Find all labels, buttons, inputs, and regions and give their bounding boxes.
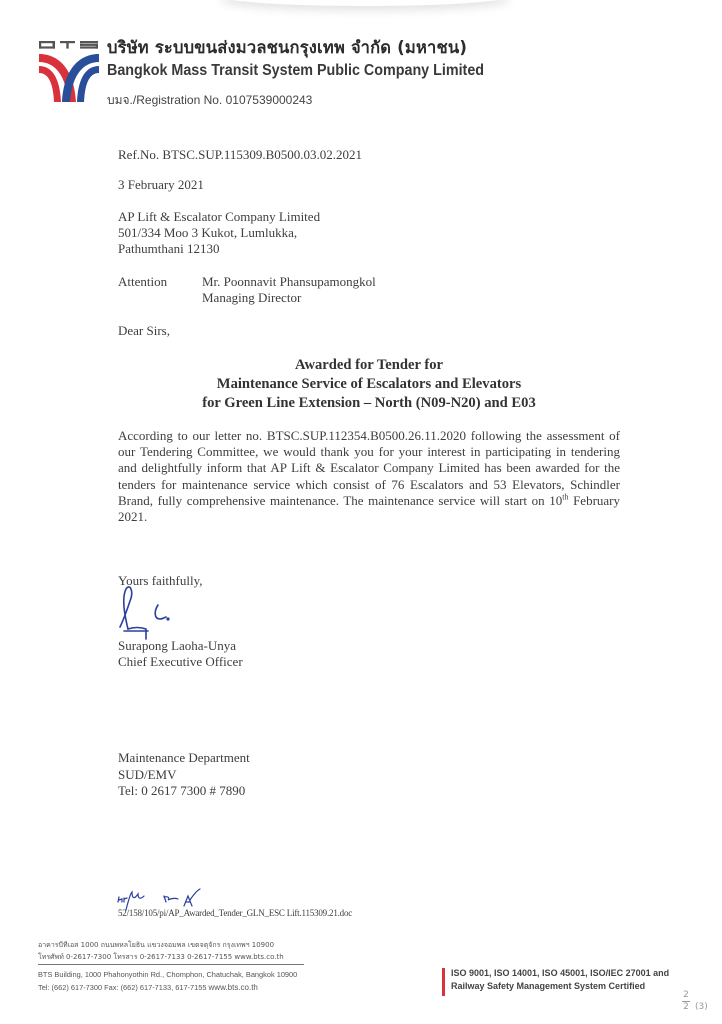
letter-date: 3 February 2021 [118,177,204,193]
letter-body: According to our letter no. BTSC.SUP.112… [118,428,620,525]
subject-line: Awarded for Tender for [118,356,620,375]
page-fraction: 2 2 [682,990,690,1013]
salutation: Dear Sirs, [118,323,170,339]
body-text: According to our letter no. BTSC.SUP.112… [118,428,620,508]
signer-title: Chief Executive Officer [118,654,243,670]
letter-subject: Awarded for Tender for Maintenance Servi… [118,356,620,413]
page-annotation: 2 2 (3) [682,990,708,1013]
certification-line: ISO 9001, ISO 14001, ISO 45001, ISO/IEC … [451,967,669,980]
viewer-shadow [220,0,510,6]
thai-contact: โทรศัพท์ 0-2617-7300 โทรสาร 0-2617-7133 … [38,951,284,963]
recipient-line: Pathumthani 12130 [118,241,320,257]
signer-name: Surapong Laoha-Unya [118,638,236,654]
page-numerator: 2 [682,990,690,1001]
attention-recipient: Mr. Poonnavit Phansupamongkol Managing D… [202,274,376,306]
signature-icon [118,583,188,641]
subject-line: for Green Line Extension – North (N09-N2… [118,394,620,413]
recipient-line: AP Lift & Escalator Company Limited [118,209,320,225]
subject-line: Maintenance Service of Escalators and El… [118,375,620,394]
footer-english-address: BTS Building, 1000 Phahonyothin Rd., Cho… [38,968,297,994]
footer-divider [38,964,304,965]
thai-address: อาคารบีทีเอส 1000 ถนนพหลโยธิน แขวงจอมพล … [38,939,284,951]
attention-title: Managing Director [202,290,376,306]
page-denominator: 2 [682,1002,690,1013]
file-reference: 52/158/105/pi/AP_Awarded_Tender_GLN_ESC … [118,908,352,919]
department-contact: Maintenance Department SUD/EMV Tel: 0 26… [118,750,250,800]
recipient-line: 501/334 Moo 3 Kukot, Lumlukka, [118,225,320,241]
circled-page-number: (3) [695,1002,708,1013]
english-address: BTS Building, 1000 Phahonyothin Rd., Cho… [38,968,297,981]
registration-number: บมจ./Registration No. 0107539000243 [107,91,312,110]
certification-text: ISO 9001, ISO 14001, ISO 45001, ISO/IEC … [451,967,669,993]
recipient-address: AP Lift & Escalator Company Limited 501/… [118,209,320,257]
contact-numbers: Tel: (662) 617-7300 Fax: (662) 617-7133,… [38,983,206,992]
department-line: Tel: 0 2617 7300 # 7890 [118,783,250,800]
certification-line: Railway Safety Management System Certifi… [451,980,669,993]
reference-number: Ref.No. BTSC.SUP.115309.B0500.03.02.2021 [118,147,362,163]
english-contact: Tel: (662) 617-7300 Fax: (662) 617-7133,… [38,981,297,994]
certification-accent-bar [442,968,445,996]
website-link[interactable]: www.bts.co.th [209,983,258,992]
department-line: SUD/EMV [118,767,250,784]
department-line: Maintenance Department [118,750,250,767]
footer-thai-address: อาคารบีทีเอส 1000 ถนนพหลโยธิน แขวงจอมพล … [38,939,284,963]
attention-name: Mr. Poonnavit Phansupamongkol [202,274,376,290]
attention-label: Attention [118,274,167,290]
company-name-thai: บริษัท ระบบขนส่งมวลชนกรุงเทพ จำกัด (มหาช… [107,35,467,61]
company-name-english: Bangkok Mass Transit System Public Compa… [107,62,484,80]
bts-logo-icon [38,38,100,104]
